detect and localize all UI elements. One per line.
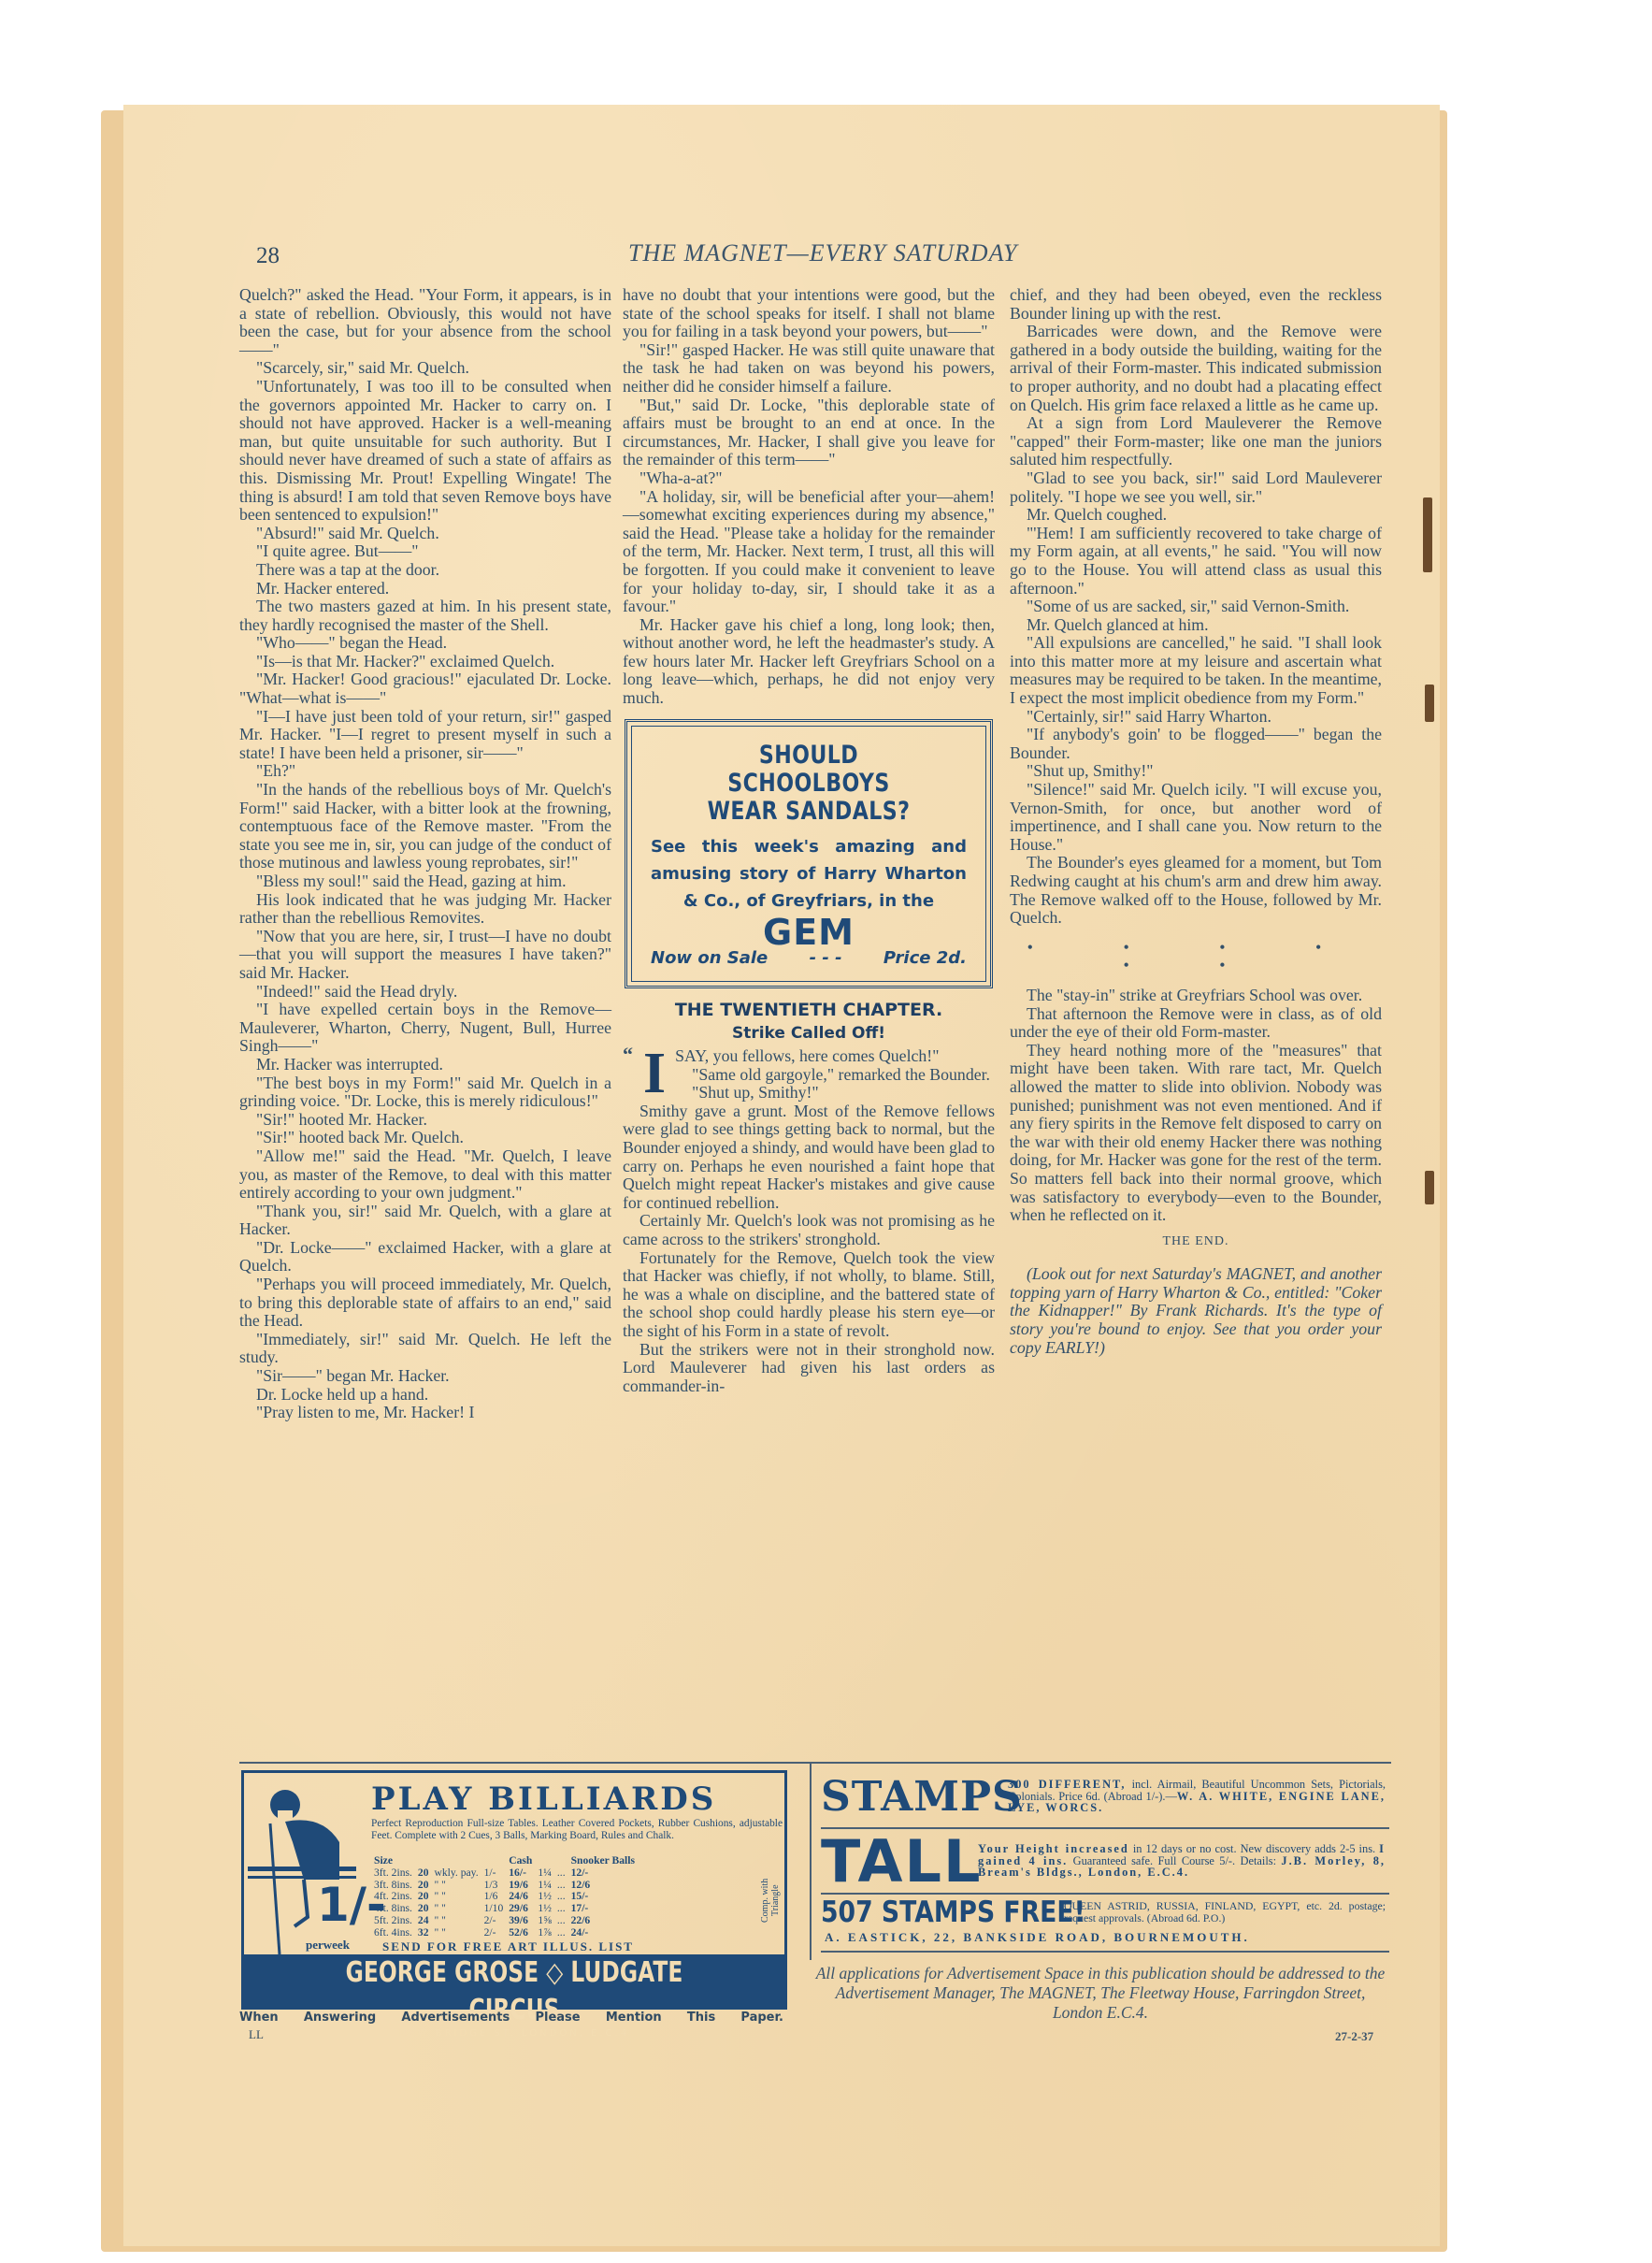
table-header xyxy=(481,1855,507,1867)
paragraph: Mr. Quelch coughed. xyxy=(1010,506,1382,525)
paragraph: Mr. Hacker entered. xyxy=(239,580,611,598)
tall-ad: TALL Your Height increased in 12 days or… xyxy=(821,1833,1389,1889)
table-cell: 2/- xyxy=(481,1927,507,1939)
paragraph: "Perhaps you will proceed immediately, M… xyxy=(239,1276,611,1331)
billiards-weekly-price: 1/- xyxy=(317,1878,386,1932)
paragraph: "But," said Dr. Locke, "this deplorable … xyxy=(623,396,995,469)
table-header: Snooker Balls xyxy=(568,1855,638,1867)
dropcap-letter: I xyxy=(643,1049,666,1098)
paragraph: "Sir——" began Mr. Hacker. xyxy=(239,1367,611,1386)
table-header: Size xyxy=(371,1855,415,1867)
paragraph: "Sir!" gasped Hacker. He was still quite… xyxy=(623,341,995,396)
paragraph: "Pray listen to me, Mr. Hacker! I xyxy=(239,1404,611,1422)
paragraph: Mr. Hacker gave his chief a long, long l… xyxy=(623,616,995,708)
paragraph: Dr. Locke held up a hand. xyxy=(239,1386,611,1405)
paragraph: "I have expelled certain boys in the Rem… xyxy=(239,1001,611,1056)
billiards-send-line: SEND FOR FREE ART ILLUS. LIST xyxy=(382,1939,634,1954)
answering-word: Mention xyxy=(606,2011,662,2025)
table-row: 5ft. 2ins.24" "2/-39/61⅝...22/6 xyxy=(371,1915,638,1927)
paragraph: "A holiday, sir, will be beneficial afte… xyxy=(623,488,995,616)
paragraph: chief, and they had been obeyed, even th… xyxy=(1010,286,1382,323)
table-row: 6ft. 4ins.32" "2/-52/61⅞...24/- xyxy=(371,1927,638,1939)
table-cell: 20 xyxy=(415,1867,432,1880)
paragraph: "Is—is that Mr. Hacker?" exclaimed Quelc… xyxy=(239,653,611,671)
table-cell: 1/- xyxy=(481,1867,507,1880)
billiards-per-week: perweek xyxy=(306,1938,350,1953)
table-cell: 12/- xyxy=(568,1867,638,1880)
paragraph: But the strikers were not in their stron… xyxy=(623,1341,995,1396)
table-cell: 39/6 xyxy=(506,1915,535,1927)
paragraph: "Unfortunately, I was too ill to be cons… xyxy=(239,378,611,525)
answering-word: Paper. xyxy=(740,2011,783,2025)
paragraph: "Absurd!" said Mr. Quelch. xyxy=(239,525,611,543)
paragraph: "'Hem! I am sufficiently recovered to ta… xyxy=(1010,525,1382,598)
paragraph: "Scarcely, sir," said Mr. Quelch. xyxy=(239,359,611,378)
table-cell: 32 xyxy=(415,1927,432,1939)
paragraph: have no doubt that your intentions were … xyxy=(623,286,995,341)
paragraph: "Same old gargoyle," remarked the Bounde… xyxy=(623,1066,995,1085)
free-stamps-title: 507 STAMPS FREE! xyxy=(821,1895,1030,1929)
paragraph: "If anybody's goin' to be flogged——" beg… xyxy=(1010,726,1382,762)
table-cell: 2/- xyxy=(481,1915,507,1927)
chapter-opening-text: SAY, you fellows, here comes Quelch!" xyxy=(623,1047,995,1066)
free-stamps-text: QUEEN ASTRID, RUSSIA, FINLAND, EGYPT, et… xyxy=(1064,1900,1386,1924)
paragraph: "Immediately, sir!" said Mr. Quelch. He … xyxy=(239,1331,611,1367)
stamps-ad-text: 300 DIFFERENT, incl. Airmail, Beautiful … xyxy=(1008,1779,1386,1814)
classified-ads: STAMPS 300 DIFFERENT, incl. Airmail, Bea… xyxy=(810,1764,1391,1960)
paragraph: Mr. Quelch glanced at him. xyxy=(1010,616,1382,635)
paragraph: "I quite agree. But——" xyxy=(239,542,611,561)
chapter-subtitle: Strike Called Off! xyxy=(623,1025,995,1044)
paragraph: "Sir!" hooted back Mr. Quelch. xyxy=(239,1129,611,1147)
free-stamps-advertiser: A. EASTICK, 22, BANKSIDE ROAD, BOURNEMOU… xyxy=(825,1930,1250,1945)
tall-ad-text: Your Height increased in 12 days or no c… xyxy=(978,1843,1386,1879)
running-title: THE MAGNET—EVERY SATURDAY xyxy=(628,239,1017,267)
answering-word: Advertisements xyxy=(401,2011,510,2025)
printer-mark: LL xyxy=(249,2027,264,2042)
paragraph: "Sir!" hooted Mr. Hacker. xyxy=(239,1111,611,1130)
dropcap-quote: “ xyxy=(623,1045,633,1064)
paragraph: There was a tap at the door. xyxy=(239,561,611,580)
paragraph: Smithy gave a grunt. Most of the Remove … xyxy=(623,1103,995,1213)
billiards-side-note: Comp. with Triangle xyxy=(760,1863,773,1938)
chapter-title: THE TWENTIETH CHAPTER. xyxy=(623,1002,995,1020)
column-3-text: chief, and they had been obeyed, even th… xyxy=(1010,286,1382,928)
paragraph: Quelch?" asked the Head. "Your Form, it … xyxy=(239,286,611,359)
table-cell: ... xyxy=(554,1915,568,1927)
paragraph: "Wha-a-at?" xyxy=(623,469,995,488)
table-cell: " " xyxy=(432,1927,481,1939)
text-column-1: Quelch?" asked the Head. "Your Form, it … xyxy=(239,286,611,1422)
answering-word: Answering xyxy=(304,2011,376,2025)
billiards-price-table: SizeCashSnooker Balls 3ft. 2ins.20wkly. … xyxy=(371,1855,638,1939)
billiards-advertisement: PLAY BILLIARDS Perfect Reproduction Full… xyxy=(241,1770,787,2010)
answering-word: When xyxy=(239,2011,279,2025)
paragraph: At a sign from Lord Mauleverer the Remov… xyxy=(1010,414,1382,469)
answering-word: Please xyxy=(535,2011,580,2025)
chapter-opening: “ I SAY, you fellows, here comes Quelch!… xyxy=(623,1047,995,1395)
gem-ad-dashes: - - - xyxy=(810,949,842,968)
stamps-ad: STAMPS 300 DIFFERENT, incl. Airmail, Bea… xyxy=(821,1769,1389,1823)
binding-mark xyxy=(1423,497,1432,572)
paragraph: "All expulsions are cancelled," he said.… xyxy=(1010,634,1382,707)
table-cell: 52/6 xyxy=(506,1927,535,1939)
paragraph: "Certainly, sir!" said Harry Wharton. xyxy=(1010,708,1382,727)
paragraph: "Who——" began the Head. xyxy=(239,634,611,653)
table-cell: 1¼ xyxy=(535,1867,554,1880)
table-header xyxy=(432,1855,481,1867)
column-2-text-after-chapter: "Same old gargoyle," remarked the Bounde… xyxy=(623,1066,995,1396)
table-header: Cash xyxy=(506,1855,535,1867)
gem-ad-sale-line: Now on Sale - - - Price 2d. xyxy=(651,949,967,968)
answering-advertisements-line: WhenAnsweringAdvertisementsPleaseMention… xyxy=(239,2011,783,2025)
paragraph: "Silence!" said Mr. Quelch icily. "I wil… xyxy=(1010,781,1382,854)
paragraph: "Mr. Hacker! Good gracious!" ejaculated … xyxy=(239,670,611,707)
paragraph: "Allow me!" said the Head. "Mr. Quelch, … xyxy=(239,1147,611,1203)
paragraph: That afternoon the Remove were in class,… xyxy=(1010,1005,1382,1042)
the-end: THE END. xyxy=(1010,1232,1382,1251)
gem-ad-body: See this week's amazing and amusing stor… xyxy=(651,833,967,915)
text-column-2: have no doubt that your intentions were … xyxy=(623,286,995,1395)
paragraph: "Some of us are sacked, sir," said Verno… xyxy=(1010,598,1382,616)
paragraph: "Glad to see you back, sir!" said Lord M… xyxy=(1010,469,1382,506)
paragraph: "Now that you are here, sir, I trust—I h… xyxy=(239,928,611,983)
free-stamps-ad: 507 STAMPS FREE! QUEEN ASTRID, RUSSIA, F… xyxy=(821,1895,1389,1930)
gem-advertisement: SHOULD SCHOOLBOYS WEAR SANDALS? See this… xyxy=(625,719,993,988)
paragraph: "Shut up, Smithy!" xyxy=(1010,762,1382,781)
gem-ad-price: Price 2d. xyxy=(883,949,967,968)
column-2-text-before-ad: have no doubt that your intentions were … xyxy=(623,286,995,708)
billiards-title: PLAY BILLIARDS xyxy=(371,1780,716,1818)
paragraph: "I—I have just been told of your return,… xyxy=(239,708,611,763)
gem-ad-headline-1: SHOULD SCHOOLBOYS xyxy=(679,742,938,798)
gem-ad-headline-2: WEAR SANDALS? xyxy=(679,798,938,826)
section-break: • • • • • • xyxy=(1010,939,1382,975)
paragraph: "Indeed!" said the Head dryly. xyxy=(239,983,611,1002)
paragraph: Barricades were down, and the Remove wer… xyxy=(1010,323,1382,414)
table-cell: ... xyxy=(554,1927,568,1939)
issue-date: 27-2-37 xyxy=(1335,2029,1373,2044)
table-cell: 24 xyxy=(415,1915,432,1927)
gem-ad-publication: GEM xyxy=(651,924,967,943)
billiards-banner: GEORGE GROSE ◇ LUDGATE CIRCUS NEW BRIDGE… xyxy=(244,1954,784,2007)
table-cell: wkly. pay. xyxy=(432,1867,481,1880)
page-number: 28 xyxy=(256,243,280,269)
tall-ad-title: TALL xyxy=(821,1827,978,1895)
paragraph: "Eh?" xyxy=(239,762,611,781)
table-cell: 22/6 xyxy=(568,1915,638,1927)
paragraph: "Thank you, sir!" said Mr. Quelch, with … xyxy=(239,1203,611,1239)
table-cell: 1⅞ xyxy=(535,1927,554,1939)
answering-word: This xyxy=(687,2011,715,2025)
paragraph: The two masters gazed at him. In his pre… xyxy=(239,598,611,634)
billiards-description: Perfect Reproduction Full-size Tables. L… xyxy=(371,1818,783,1841)
table-header xyxy=(554,1855,568,1867)
table-cell: " " xyxy=(432,1915,481,1927)
ad-separator xyxy=(821,1951,1389,1953)
column-3-text-after-break: The "stay-in" strike at Greyfriars Schoo… xyxy=(1010,987,1382,1225)
stamps-ad-title: STAMPS xyxy=(821,1773,1008,1821)
next-week-notice: (Look out for next Saturday's MAGNET, an… xyxy=(1010,1265,1382,1357)
paragraph: "In the hands of the rebellious boys of … xyxy=(239,781,611,872)
paragraph: "Bless my soul!" said the Head, gazing a… xyxy=(239,872,611,891)
paragraph: "Shut up, Smithy!" xyxy=(623,1084,995,1103)
paragraph: "Dr. Locke——" exclaimed Hacker, with a g… xyxy=(239,1239,611,1276)
paragraph: Mr. Hacker was interrupted. xyxy=(239,1056,611,1074)
paragraph: Certainly Mr. Quelch's look was not prom… xyxy=(623,1212,995,1248)
paragraph: Fortunately for the Remove, Quelch took … xyxy=(623,1249,995,1341)
table-row: 3ft. 2ins.20wkly. pay.1/-16/-1¼...12/- xyxy=(371,1867,638,1880)
paragraph: The Bounder's eyes gleamed for a moment,… xyxy=(1010,854,1382,927)
binding-mark xyxy=(1425,685,1434,722)
paragraph: His look indicated that he was judging M… xyxy=(239,891,611,928)
paragraph: The "stay-in" strike at Greyfriars Schoo… xyxy=(1010,987,1382,1005)
table-cell: 24/- xyxy=(568,1927,638,1939)
paragraph: "The best boys in my Form!" said Mr. Que… xyxy=(239,1074,611,1111)
table-cell: 16/- xyxy=(506,1867,535,1880)
paragraph: They heard nothing more of the "measures… xyxy=(1010,1042,1382,1225)
table-header xyxy=(415,1855,432,1867)
binding-mark xyxy=(1425,1171,1434,1204)
table-cell: 1⅝ xyxy=(535,1915,554,1927)
table-cell: ... xyxy=(554,1867,568,1880)
billiards-address: NEW BRIDGE ST. LONDON, E.C.4 xyxy=(244,2029,784,2039)
gem-ad-sale-label: Now on Sale xyxy=(651,949,768,968)
advertisement-space-notice: All applications for Advertisement Space… xyxy=(815,1964,1386,2023)
text-column-3: chief, and they had been obeyed, even th… xyxy=(1010,286,1382,1357)
table-header xyxy=(535,1855,554,1867)
